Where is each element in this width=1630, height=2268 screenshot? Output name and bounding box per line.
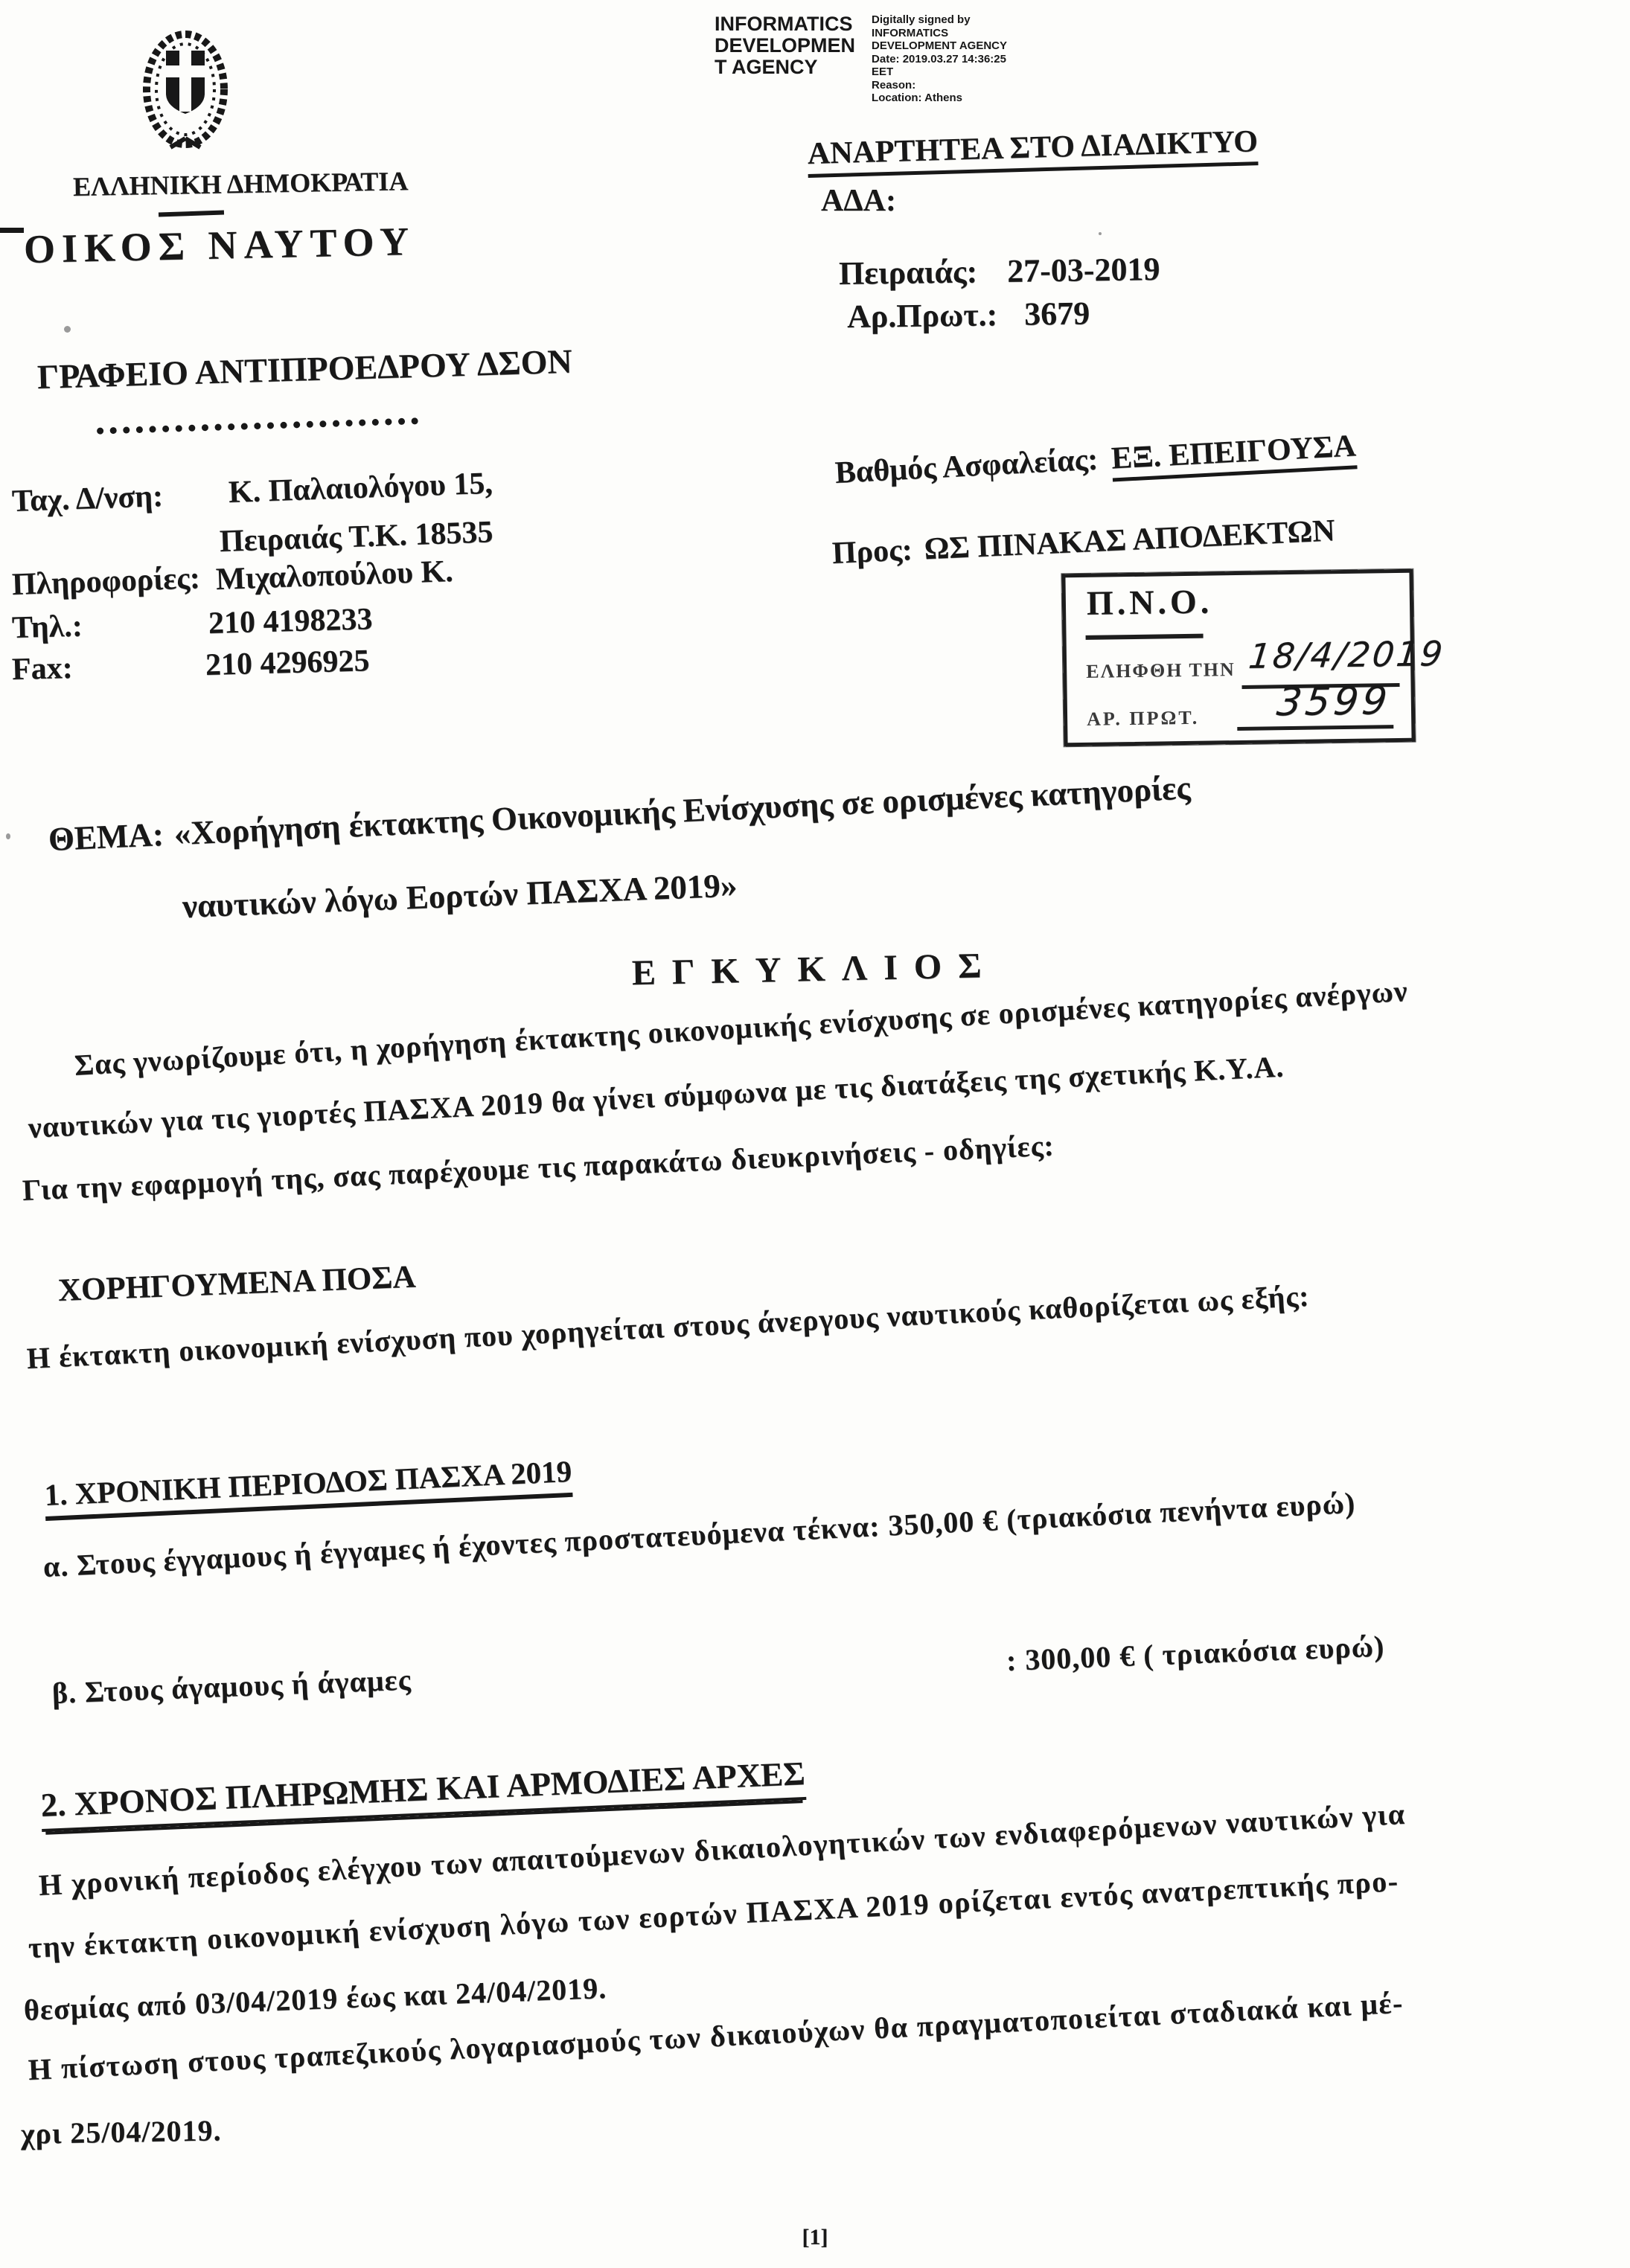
signer-line: INFORMATICS: [715, 13, 855, 35]
stamp-protocol-label: ΑΡ. ΠΡΩΤ.: [1087, 707, 1200, 731]
address-value-line1: Κ. Παλαιολόγου 15,: [228, 466, 493, 510]
telephone-value: 210 4198233: [208, 601, 373, 641]
protocol-label: Αρ.Πρωτ.:: [847, 296, 998, 335]
protocol-number-row: Αρ.Πρωτ.:3679: [847, 294, 1090, 336]
recipient-label: Προς:: [831, 533, 913, 571]
stamp-protocol-value-handwritten: 3599: [1275, 679, 1393, 725]
stamp-protocol-line: [1237, 725, 1393, 731]
signature-detail-line: DEVELOPMENT AGENCY: [872, 39, 1007, 53]
margin-dash: [0, 228, 24, 233]
office-title: ΓΡΑΦΕΙΟ ΑΝΤΙΠΡΟΕΔΡΟΥ ΔΣΟΝ: [36, 342, 572, 397]
telephone-label: Τηλ.:: [11, 609, 83, 646]
protocol-value: 3679: [1024, 295, 1090, 332]
signature-detail-line: INFORMATICS: [872, 27, 1007, 40]
fax-label: Fax:: [11, 650, 73, 688]
digital-signature-block: INFORMATICS DEVELOPMEN T AGENCY Digitall…: [715, 13, 1007, 105]
scanned-document-page: ΕΛΛΗΝΙΚΗ ΔΗΜΟΚΡΑΤΙΑ ΟΙΚΟΣ ΝΑΥΤΟΥ INFORMA…: [0, 0, 1630, 2268]
section-2-heading: 2. ΧΡΟΝΟΣ ΠΛΗΡΩΜΗΣ ΚΑΙ ΑΡΜΟΔΙΕΣ ΑΡΧΕΣ: [40, 1754, 806, 1832]
security-level-label: Βαθμός Ασφαλείας:: [834, 443, 1099, 490]
ada-label: ΑΔΑ:: [821, 183, 896, 219]
item-b-amount: : 300,00 € ( τριακόσια ευρώ): [1006, 1628, 1385, 1677]
scan-speck: [6, 833, 10, 839]
dotted-divider: [97, 417, 418, 435]
recipient-value: ΩΣ ΠΙΝΑΚΑΣ ΑΠΟΔΕΚΤΩΝ: [924, 513, 1336, 566]
item-b-line: β. Στους άγαμους ή άγαμες: [51, 1662, 412, 1710]
signature-detail-line: Location: Athens: [872, 92, 1007, 105]
body-paragraph-2-line-3: θεσμίας από 03/04/2019 έως και 24/04/201…: [23, 1970, 607, 2028]
scan-speck: [1099, 232, 1102, 235]
section-1-heading: 1. ΧΡΟΝΙΚΗ ΠΕΡΙΟΔΟΣ ΠΑΣΧΑ 2019: [44, 1453, 573, 1521]
stamp-received-value-handwritten: 18/4/2019: [1247, 633, 1447, 676]
org-name-title: ΟΙΚΟΣ ΝΑΥΤΟΥ: [23, 218, 415, 272]
subject-line-2: ναυτικών λόγω Εορτών ΠΑΣΧΑ 2019»: [182, 865, 738, 926]
page-number: [1]: [0, 2225, 1630, 2250]
title-divider: [159, 210, 224, 217]
scan-speck: [64, 326, 71, 333]
web-posting-notice: ΑΝΑΡΤΗΤΕΑ ΣΤΟ ΔΙΑΔΙΚΤΥΟ: [807, 124, 1259, 178]
body-paragraph-3-line-2: χρι 25/04/2019.: [21, 2112, 222, 2151]
signature-details: Digitally signed by INFORMATICS DEVELOPM…: [872, 13, 1007, 105]
greek-coat-of-arms-icon: [138, 19, 233, 167]
stamp-org-title: Π.Ν.Ο.: [1087, 581, 1213, 622]
issue-date-value: 27-03-2019: [1007, 251, 1160, 289]
stamp-received-label: ΕΛΗΦΘΗ ΤΗΝ: [1086, 659, 1236, 683]
info-contact-value: Μιχαλοπούλου Κ.: [215, 554, 453, 598]
subject-text-1: «Χορήγηση έκτακτης Οικονομικής Ενίσχυσης…: [173, 769, 1192, 852]
security-level-value: ΕΞ. ΕΠΕΙΓΟΥΣΑ: [1110, 429, 1357, 481]
receipt-stamp-box: Π.Ν.Ο. ΕΛΗΦΘΗ ΤΗΝ 18/4/2019 ΑΡ. ΠΡΩΤ. 35…: [1061, 569, 1415, 747]
recipient-row: Προς:ΩΣ ΠΙΝΑΚΑΣ ΑΠΟΔΕΚΤΩΝ: [831, 513, 1336, 571]
body-paragraph-1-line-3: Για την εφαρμογή της, σας παρέχουμε τις …: [22, 1127, 1055, 1207]
signature-detail-line: Reason:: [872, 79, 1007, 92]
signature-detail-line: EET: [872, 65, 1007, 79]
security-level-row: Βαθμός Ασφαλείας:ΕΞ. ΕΠΕΙΓΟΥΣΑ: [834, 428, 1357, 491]
amounts-section-heading: ΧΟΡΗΓΟΥΜΕΝΑ ΠΟΣΑ: [57, 1259, 416, 1309]
issue-city-date-row: Πειραιάς:27-03-2019: [839, 250, 1160, 292]
info-contact-label: Πληροφορίες:: [11, 560, 201, 603]
subject-line-1: ΘΕΜΑ:«Χορήγηση έκτακτης Οικονομικής Ενίσ…: [48, 768, 1191, 859]
signature-detail-line: Digitally signed by: [872, 13, 1007, 27]
stamp-title-underline: [1086, 634, 1204, 640]
signature-signer-name: INFORMATICS DEVELOPMEN T AGENCY: [715, 13, 855, 78]
signer-line: DEVELOPMEN: [715, 35, 855, 57]
issue-city-label: Πειραιάς:: [839, 253, 978, 292]
hellenic-republic-title: ΕΛΛΗΝΙΚΗ ΔΗΜΟΚΡΑΤΙΑ: [73, 165, 409, 202]
signer-line: T AGENCY: [715, 57, 855, 78]
address-label: Ταχ. Δ/νση:: [11, 478, 164, 519]
fax-value: 210 4296925: [205, 643, 370, 683]
subject-label: ΘΕΜΑ:: [48, 816, 164, 858]
signature-detail-line: Date: 2019.03.27 14:36:25: [872, 53, 1007, 66]
